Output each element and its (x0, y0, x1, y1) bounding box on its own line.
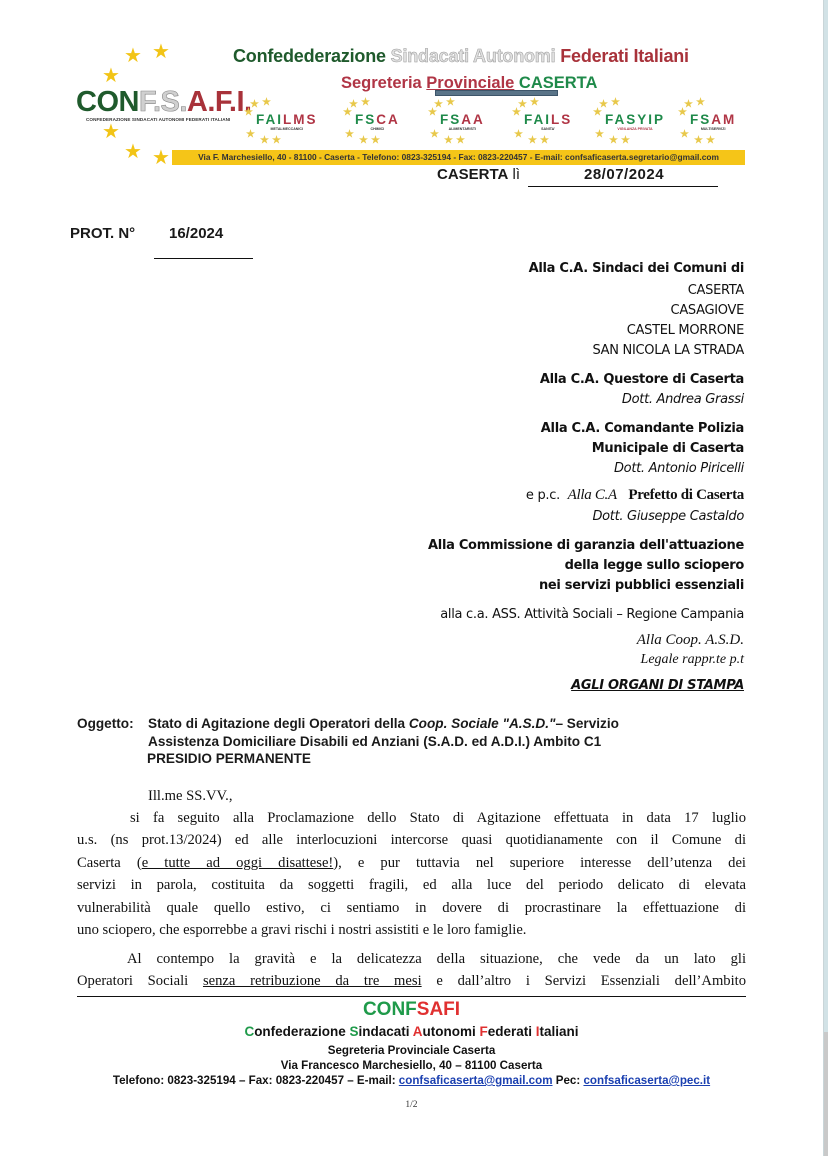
recipient-questore: Alla C.A. Questore di Caserta (540, 372, 744, 387)
star-icon: ★ (260, 136, 271, 146)
star-icon: ★ (361, 98, 372, 108)
federation-logo: FSAMMULTISERVIZI★★★★★★ (690, 112, 736, 127)
star-icon: ★ (152, 42, 170, 62)
body-line: uno sciopero, che esporrebbe a gravi ris… (77, 919, 746, 942)
star-icon: ★ (102, 66, 120, 86)
star-icon: ★ (706, 136, 717, 146)
body-line: vulnerabilità quale quello estivo, ci se… (77, 897, 746, 920)
recipient-comune: CASERTA (688, 283, 744, 298)
recipient-comandante-2: Municipale di Caserta (592, 441, 744, 456)
star-icon: ★ (611, 98, 622, 108)
recipient-comune: CASTEL MORRONE (627, 323, 744, 338)
star-icon: ★ (456, 136, 467, 146)
recipient-stampa: AGLI ORGANI DI STAMPA (571, 678, 744, 693)
recipient-regione: alla c.a. ASS. Attività Sociali – Region… (440, 607, 744, 622)
footer-divider (77, 996, 746, 997)
footer-contacts: Telefono: 0823-325194 – Fax: 0823-220457… (0, 1074, 823, 1087)
date-place: CASERTA lì (437, 166, 520, 183)
body-line: Al contempo la gravità e la delicatezza … (127, 948, 746, 971)
star-icon: ★ (124, 46, 142, 66)
star-icon: ★ (345, 130, 356, 140)
star-icon: ★ (343, 108, 354, 118)
federation-logo: FSCACHIMICI★★★★★★ (355, 112, 400, 127)
star-icon: ★ (262, 98, 273, 108)
star-icon: ★ (102, 122, 120, 142)
federation-logo: FAILSSANITA'★★★★★★ (524, 112, 572, 127)
star-icon: ★ (678, 108, 689, 118)
star-icon: ★ (428, 108, 439, 118)
star-icon: ★ (609, 136, 620, 146)
recipient-commissione-2: della legge sullo sciopero (565, 558, 744, 573)
federation-logo: FAILMSMETALMECCANICI★★★★★★ (256, 112, 318, 127)
recipient-sindaci: Alla C.A. Sindaci dei Comuni di (529, 261, 744, 276)
recipient-commissione-3: nei servizi pubblici essenziali (539, 578, 744, 593)
recipient-coop: Alla Coop. A.S.D. (637, 632, 744, 649)
star-icon: ★ (621, 136, 632, 146)
subject-label: Oggetto: (77, 716, 134, 731)
page-number: 1/2 (0, 1100, 823, 1110)
star-icon: ★ (593, 108, 604, 118)
star-icon: ★ (696, 98, 707, 108)
salutation: Ill.me SS.VV., (148, 785, 232, 808)
recipient-prefetto-name: Dott. Giuseppe Castaldo (592, 509, 744, 524)
protocol-underline (154, 258, 253, 259)
logo-subtitle: CONFEDERAZIONE SINDACATI AUTONOMI FEDERA… (86, 117, 230, 122)
recipient-commissione: Alla Commissione di garanzia dell'attuaz… (428, 538, 744, 553)
body-line: servizi in parola, costituita da soggett… (77, 874, 746, 897)
body-line: Caserta (e tutte ad oggi disattese!), e … (77, 852, 746, 875)
star-icon: ★ (540, 136, 551, 146)
star-icon: ★ (246, 130, 257, 140)
footer-address: Via Francesco Marchesiello, 40 – 81100 C… (0, 1059, 823, 1072)
recipient-prefetto: e p.c. Alla C.A Prefetto di Caserta (526, 487, 744, 504)
body-line: Operatori Sociali senza retribuzione da … (77, 970, 746, 993)
star-icon: ★ (371, 136, 382, 146)
recipient-coop-rep: Legale rappr.te p.t (641, 652, 744, 668)
star-icon: ★ (152, 148, 170, 168)
confederation-title: Confedederazione Sindacati Autonomi Fede… (233, 46, 689, 67)
footer-segreteria: Segreteria Provinciale Caserta (0, 1044, 823, 1057)
confsafi-logo: CONF.S.A.F.I. (76, 86, 252, 119)
text-selection-bar (435, 90, 558, 96)
body-line: u.s. (ns prot.13/2024) ed alle interlocu… (77, 829, 746, 852)
footer-email-link[interactable]: confsaficaserta@gmail.com (399, 1074, 553, 1087)
star-icon: ★ (595, 130, 606, 140)
protocol-value: 16/2024 (169, 225, 223, 242)
federation-logo: FSAAALIMENTARISTI★★★★★★ (440, 112, 485, 127)
date-underline (528, 186, 718, 187)
star-icon: ★ (446, 98, 457, 108)
star-icon: ★ (430, 130, 441, 140)
star-icon: ★ (680, 130, 691, 140)
subject-line-1: Stato di Agitazione degli Operatori dell… (148, 716, 619, 731)
star-icon: ★ (528, 136, 539, 146)
footer-confederation-name: Confederazione Sindacati Autonomi Federa… (0, 1024, 823, 1039)
star-icon: ★ (359, 136, 370, 146)
star-icon: ★ (512, 108, 523, 118)
recipient-comandante: Alla C.A. Comandante Polizia (541, 421, 744, 436)
recipient-comune: SAN NICOLA LA STRADA (592, 343, 744, 358)
recipient-comandante-name: Dott. Antonio Piricelli (614, 461, 744, 476)
star-icon: ★ (530, 98, 541, 108)
star-icon: ★ (514, 130, 525, 140)
star-icon: ★ (244, 108, 255, 118)
star-icon: ★ (694, 136, 705, 146)
protocol-label: PROT. N° (70, 225, 135, 242)
subject-line-2: Assistenza Domiciliare Disabili ed Anzia… (148, 734, 601, 749)
footer-brand: CONFSAFI (0, 999, 823, 1021)
star-icon: ★ (124, 142, 142, 162)
date-value: 28/07/2024 (584, 166, 664, 183)
star-icon: ★ (444, 136, 455, 146)
header-address-bar: Via F. Marchesiello, 40 - 81100 - Casert… (172, 150, 745, 165)
star-icon: ★ (272, 136, 283, 146)
scrollbar[interactable] (823, 0, 828, 1156)
recipient-comune: CASAGIOVE (671, 303, 744, 318)
recipient-questore-name: Dott. Andrea Grassi (622, 392, 744, 407)
subject-line-3: PRESIDIO PERMANENTE (147, 751, 311, 766)
body-line: si fa seguito alla Proclamazione dello S… (130, 807, 746, 830)
federation-logo: FASYIPVIGILANZA PRIVATA★★★★★★ (605, 112, 665, 127)
footer-pec-link[interactable]: confsaficaserta@pec.it (583, 1074, 710, 1087)
